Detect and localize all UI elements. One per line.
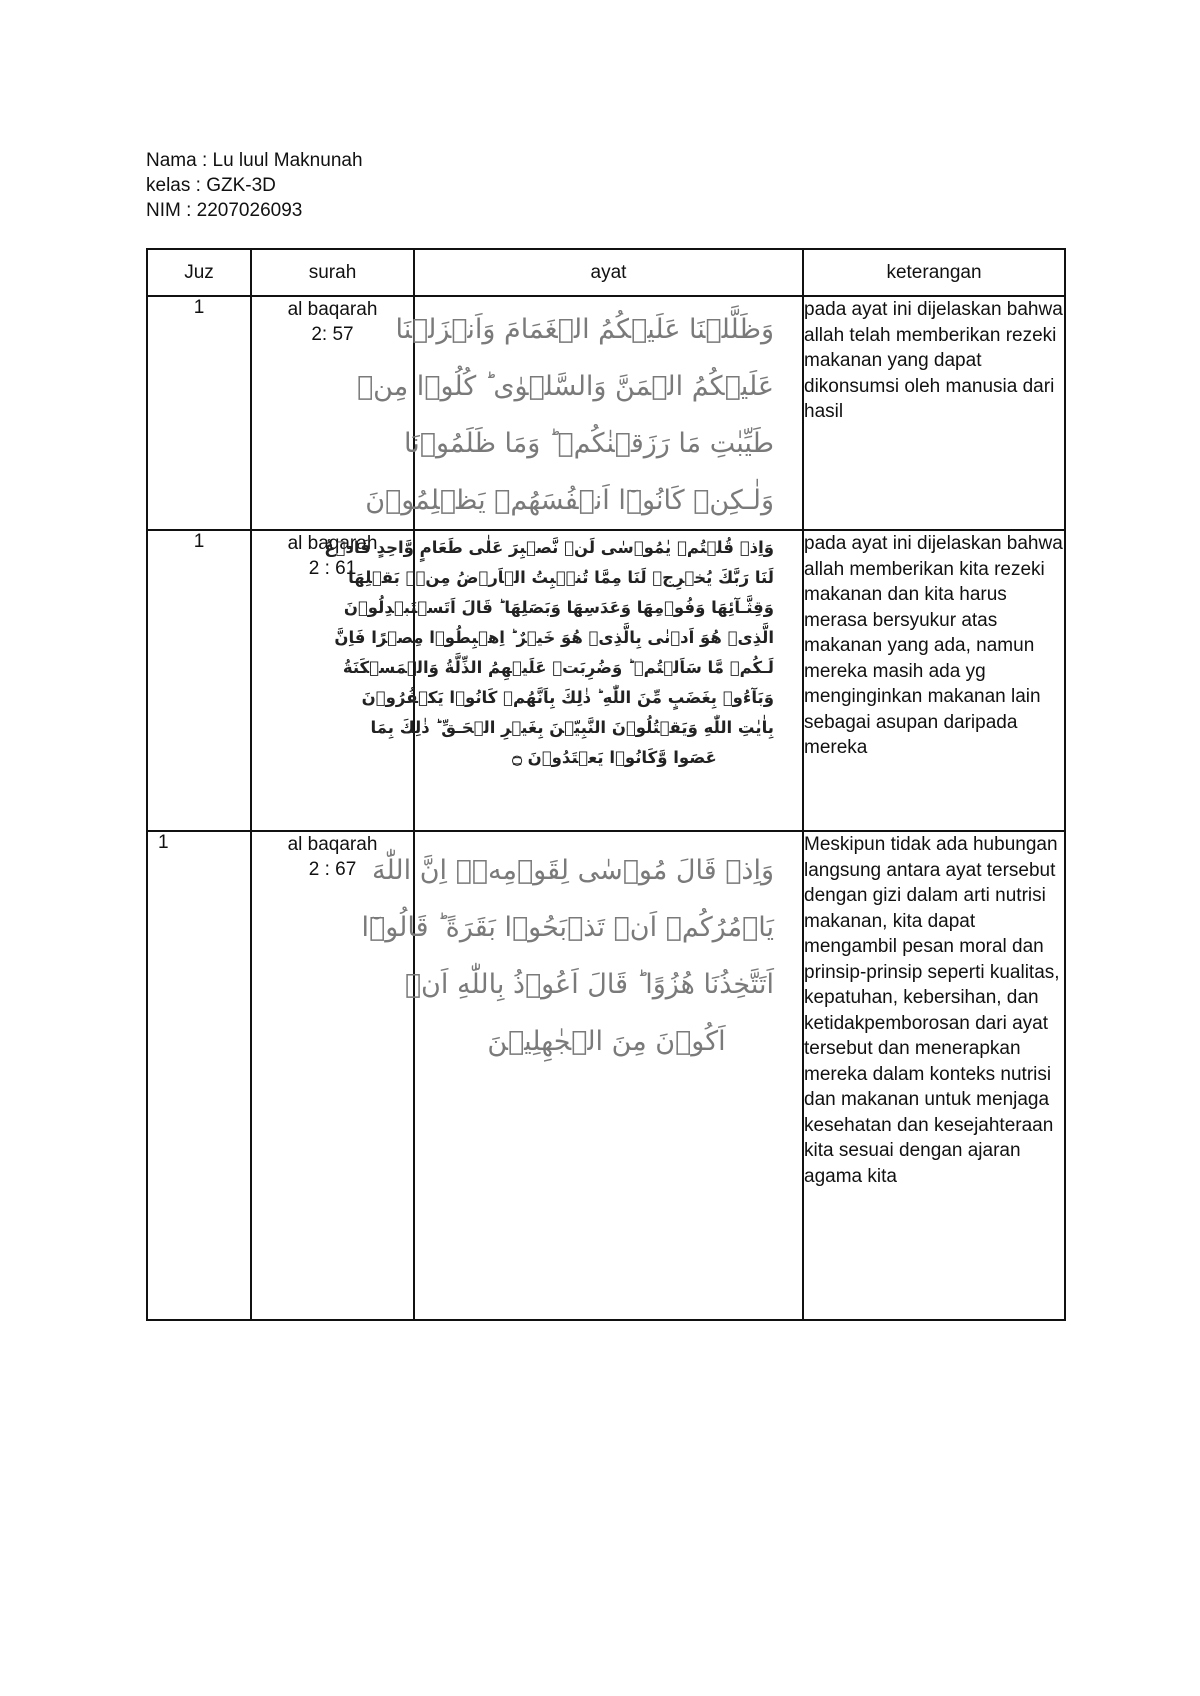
header-surah: surah [251,249,414,296]
surah-reference: 2: 57 [252,322,413,347]
arabic-verse: وَاِذۡ قُلۡتُمۡ يٰمُوۡسٰى لَنۡ نَّصۡبِرَ… [415,531,802,773]
student-info: Nama : Lu luul Maknunah kelas : GZK-3D N… [146,148,363,223]
ayat-cell: وَاِذۡ قُلۡتُمۡ يٰمُوۡسٰى لَنۡ نَّصۡبِرَ… [414,530,803,831]
verse-line: الَّذِىۡ هُوَ اَدۡنٰى بِالَّذِىۡ هُوَ خَ… [455,623,774,653]
table-row: 1 al baqarah 2: 57 وَظَلَّلۡنَا عَلَيۡكُ… [147,296,1065,530]
verse-line: وَقِثَّـآئِهَا وَفُوۡمِهَا وَعَدَسِهَا و… [455,593,774,623]
verse-line: وَلٰـكِنۡ كَانُوۡٓا اَنۡفُسَهُمۡ يَظۡلِم… [439,472,774,529]
verse-line: عَلَيۡكُمُ الۡمَنَّ وَالسَّلۡوٰى ؕ كُلُو… [439,358,774,415]
header-juz: Juz [147,249,251,296]
juz-cell: 1 [147,296,251,530]
keterangan-cell: Meskipun tidak ada hubungan langsung ant… [803,831,1065,1320]
verse-line: اَتَتَّخِذُنَا هُزُوًا ؕ قَالَ اَعُوۡذُ … [439,956,774,1013]
ayat-table: Juz surah ayat keterangan 1 al baqarah 2… [146,248,1066,1321]
keterangan-cell: pada ayat ini dijelaskan bahwa allah tel… [803,296,1065,530]
verse-line: اَكُوۡنَ مِنَ الۡجٰهِلِيۡنَ [439,1013,774,1070]
verse-line: بِاٰيٰتِ اللّٰهِ وَيَقۡتُلُوۡنَ النَّبِي… [455,713,774,743]
student-class: kelas : GZK-3D [146,173,363,198]
ayat-cell: وَظَلَّلۡنَا عَلَيۡكُمُ الۡغَمَامَ وَاَن… [414,296,803,530]
verse-line: وَبَآءُوۡ بِغَضَبٍ مِّنَ اللّٰهِ ؕ ذٰلِك… [455,683,774,713]
verse-line: وَاِذۡ قُلۡتُمۡ يٰمُوۡسٰى لَنۡ نَّصۡبِرَ… [455,533,774,563]
verse-line: وَظَلَّلۡنَا عَلَيۡكُمُ الۡغَمَامَ وَاَن… [439,301,774,358]
student-name: Nama : Lu luul Maknunah [146,148,363,173]
verse-line: عَصَوا وَّكَانُوۡا يَعۡتَدُوۡنَ ۝ [455,743,774,773]
verse-line: لَنَا رَبَّكَ يُخۡرِجۡ لَنَا مِمَّا تُنۡ… [455,563,774,593]
table-header-row: Juz surah ayat keterangan [147,249,1065,296]
juz-cell: 1 [147,530,251,831]
verse-line: وَاِذۡ قَالَ مُوۡسٰى لِقَوۡمِهٖۤ اِنَّ ا… [439,842,774,899]
keterangan-cell: pada ayat ini dijelaskan bahwa allah mem… [803,530,1065,831]
verse-line: طَيِّبٰتِ مَا رَزَقۡنٰكُمۡ ؕ وَمَا ظَلَم… [439,415,774,472]
verse-line: يَاۡمُرُكُمۡ اَنۡ تَذۡبَحُوۡا بَقَرَةً ؕ… [439,899,774,956]
surah-name: al baqarah [252,297,413,322]
verse-line: لَـكُمۡ مَّا سَاَلۡتُمۡ ؕ وَضُرِبَتۡ عَل… [455,653,774,683]
juz-cell: 1 [147,831,251,1320]
table-row: 1 al baqarah 2 : 61 وَاِذۡ قُلۡتُمۡ يٰمُ… [147,530,1065,831]
ayat-cell: وَاِذۡ قَالَ مُوۡسٰى لِقَوۡمِهٖۤ اِنَّ ا… [414,831,803,1320]
document-page: Nama : Lu luul Maknunah kelas : GZK-3D N… [0,0,1200,1696]
arabic-verse: وَظَلَّلۡنَا عَلَيۡكُمُ الۡغَمَامَ وَاَن… [415,297,802,529]
header-keterangan: keterangan [803,249,1065,296]
table-row: 1 al baqarah 2 : 67 وَاِذۡ قَالَ مُوۡسٰى… [147,831,1065,1320]
arabic-verse: وَاِذۡ قَالَ مُوۡسٰى لِقَوۡمِهٖۤ اِنَّ ا… [415,832,802,1070]
student-nim: NIM : 2207026093 [146,198,363,223]
header-ayat: ayat [414,249,803,296]
